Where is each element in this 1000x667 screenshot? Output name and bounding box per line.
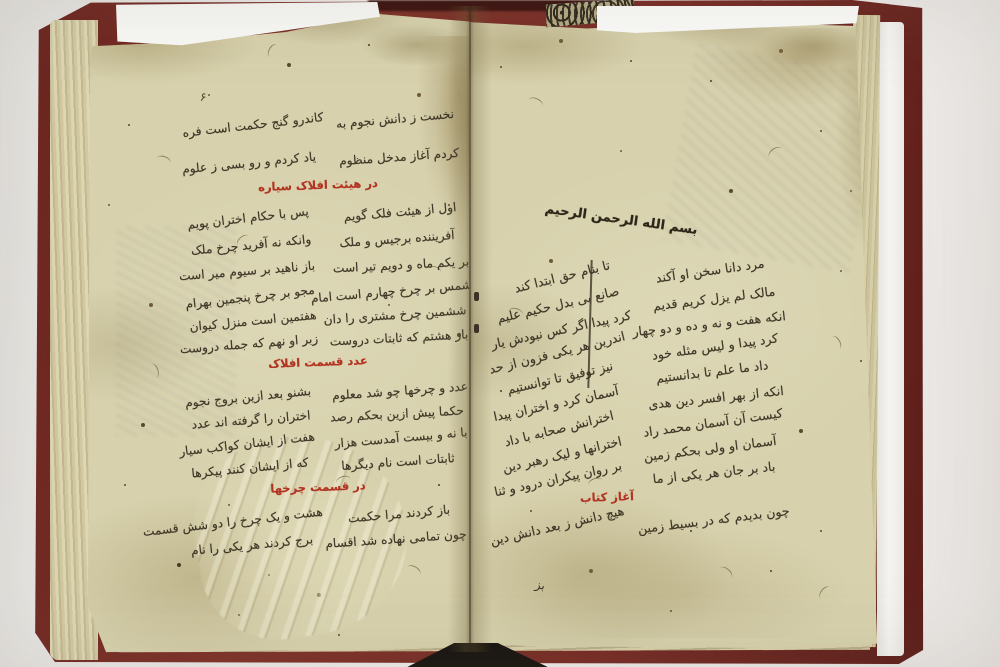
center-fold [469,10,471,648]
verse-hemistich: نخست ز دانش نجوم به [321,106,470,133]
catchword-mark: بز [519,575,561,595]
verse-hemistich: مجو بر چرخ پنجمین بهرام [176,282,325,313]
rubric-heading: در هیئت افلاک سیاره [243,175,393,194]
manuscript-page-left: ۶ نخست ز دانش نجوم بهکاندرو گنج حکمت است… [86,6,478,656]
verse-hemistich: شمس بر چرخ چهارم است امام [324,278,473,305]
folio-numeral: ۶ [199,90,207,105]
manuscript-page-right: بسم الله الرحمن الرحیم بز مرد دانا سخن ا… [468,8,878,650]
verse-hemistich: حکما پیش ازین بحکم رصد [323,403,472,425]
paper-fiber [827,334,843,352]
paper-fiber [405,563,423,579]
paper-fiber [527,95,545,110]
paper-fiber [717,564,735,581]
verse-hemistich: ششمین چرخ مشتری را دان [321,303,470,327]
verse-hemistich: بر یکم ماه و دویم تیر است [327,254,476,276]
foxing-stain [698,28,868,108]
sewing-thread [474,324,479,333]
verse-hemistich: کردم آغاز مدخل منظوم [325,145,474,169]
rubric-heading: آغاز کتاب [532,487,682,506]
sewing-thread [474,292,479,301]
water-stain [416,36,476,226]
verse-hemistich: پس با حکام اختران پویم [174,203,323,234]
verse-hemistich: کاندرو گنج حکمت است فره [179,110,328,141]
verse-hemistich: چون بدیدم که در بسیط زمین [640,503,791,536]
verse-hemistich: باز ناهید بر سیوم میر است [173,258,322,284]
verse-hemistich: اول از هیئت فلک گویم [326,199,475,226]
verse-hemistich: هیچ دانش ز بعد دانش دین [482,501,632,549]
verse-hemistich: یاد کردم و رو بسی ز علوم [175,149,324,177]
verse-hemistich: مرد دانا سخن او آکند [635,253,786,289]
verse-hemistich: وانکه نه آفرید چرخ ملک [177,231,326,259]
paper-fiber [265,42,281,60]
paper-fiber [817,584,834,602]
verse-hemistich: با نه و بیست آمدست هزار [327,425,476,452]
paper-fiber [155,154,173,169]
paper-fiber [766,145,784,162]
verse-hemistich: باز هشتم که ثابتات دروست [325,327,474,349]
paper-fiber [146,362,161,380]
verse-hemistich: اختران را گرفته اند عدد [177,407,326,433]
rubric-heading: عدد قسمت افلاک [243,352,393,371]
bottom-stain [528,528,848,638]
verse-hemistich: هفتمین است منزل کیوان [179,307,328,335]
verse-hemistich: زبر او نهم که جمله دروست [175,331,324,357]
right-flyleaf-sliver [877,22,904,656]
manuscript-photo: ۶ نخست ز دانش نجوم بهکاندرو گنج حکمت است… [0,0,1000,667]
verse-hemistich: عدد و چرخها چو شد معلوم [326,379,475,403]
verse-hemistich: آفریننده برجیس و ملک [323,227,472,251]
basmala-invocation: بسم الله الرحمن الرحیم [568,205,699,238]
verse-hemistich: بشنو بعد ازین بروج نجوم [174,383,323,411]
